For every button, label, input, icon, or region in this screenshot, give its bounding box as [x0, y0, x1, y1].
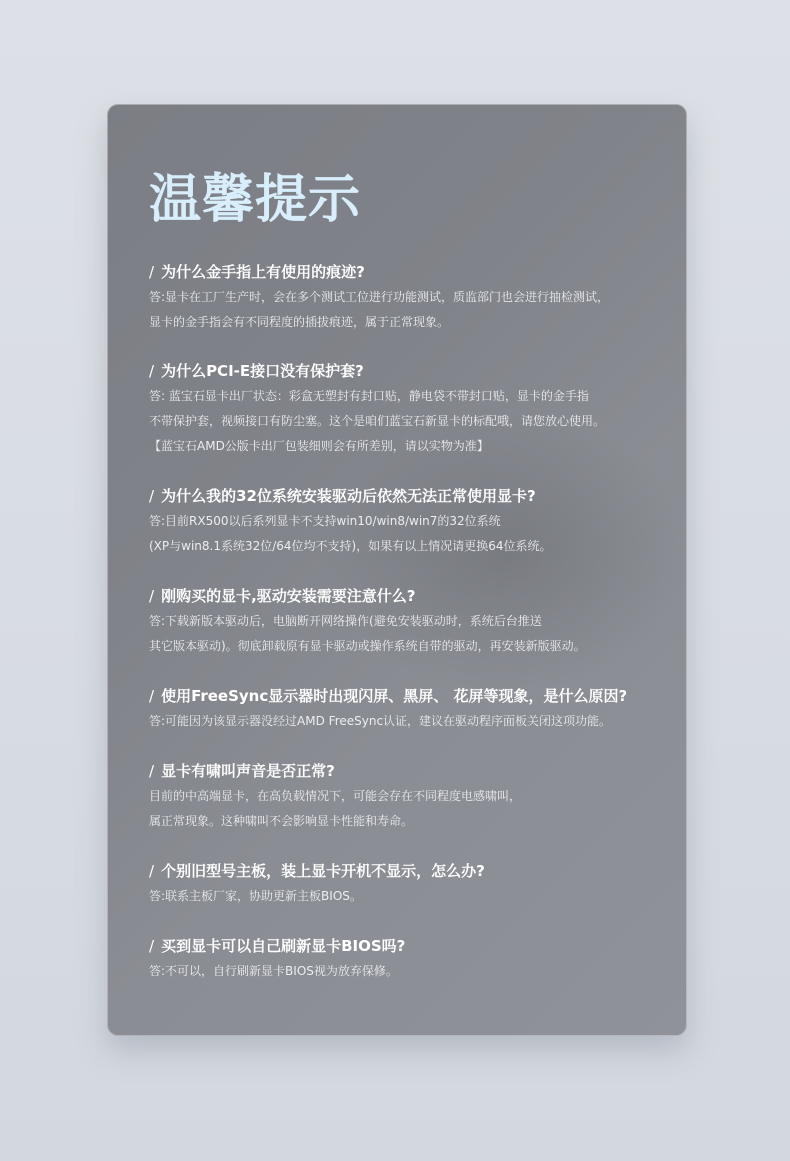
slash-icon: / [149, 937, 154, 955]
faq-answer-line: 不带保护套，视频接口有防尘塞。这个是咱们蓝宝石新显卡的标配哦，请您放心使用。 [149, 409, 669, 434]
faq-question: /为什么金手指上有使用的痕迹? [149, 261, 669, 283]
slash-icon: / [149, 362, 154, 380]
tips-card: 温馨提示 /为什么金手指上有使用的痕迹? 答:显卡在工厂生产时，会在多个测试工位… [107, 104, 687, 1036]
faq-answer-line: 答:可能因为该显示器没经过AMD FreeSync认证，建议在驱动程序面板关闭这… [149, 709, 669, 734]
faq-item-1: /为什么金手指上有使用的痕迹? 答:显卡在工厂生产时，会在多个测试工位进行功能测… [149, 261, 669, 335]
slash-icon: / [149, 762, 154, 780]
faq-item-8: /买到显卡可以自己刷新显卡BIOS吗? 答:不可以，自行刷新显卡BIOS视为放弃… [149, 935, 669, 984]
faq-answer-line: 属正常现象。这种啸叫不会影响显卡性能和寿命。 [149, 809, 669, 834]
faq-question: /刚购买的显卡,驱动安装需要注意什么? [149, 585, 669, 607]
faq-answer-line: 答:联系主板厂家，协助更新主板BIOS。 [149, 884, 669, 909]
slash-icon: / [149, 687, 154, 705]
slash-icon: / [149, 587, 154, 605]
faq-question: /个别旧型号主板，装上显卡开机不显示，怎么办? [149, 860, 669, 882]
slash-icon: / [149, 263, 154, 281]
faq-answer-line: 其它版本驱动)。彻底卸载原有显卡驱动或操作系统自带的驱动，再安装新版驱动。 [149, 634, 669, 659]
faq-answer-line: 答:显卡在工厂生产时，会在多个测试工位进行功能测试，质监部门也会进行抽检测试， [149, 285, 669, 310]
faq-item-5: /使用FreeSync显示器时出现闪屏、黑屏、 花屏等现象，是什么原因? 答:可… [149, 685, 669, 734]
slash-icon: / [149, 862, 154, 880]
page-title: 温馨提示 [149, 168, 361, 232]
faq-answer-line: 答:下载新版本驱动后，电脑断开网络操作(避免安装驱动时，系统后台推送 [149, 609, 669, 634]
faq-question: /为什么我的32位系统安装驱动后依然无法正常使用显卡? [149, 485, 669, 507]
faq-answer-line: 答: 蓝宝石显卡出厂状态：彩盒无塑封有封口贴，静电袋不带封口贴，显卡的金手指 [149, 384, 669, 409]
faq-question: /为什么PCI-E接口没有保护套? [149, 360, 669, 382]
faq-item-2: /为什么PCI-E接口没有保护套? 答: 蓝宝石显卡出厂状态：彩盒无塑封有封口贴… [149, 360, 669, 459]
faq-answer-line: 答:不可以，自行刷新显卡BIOS视为放弃保修。 [149, 959, 669, 984]
faq-item-7: /个别旧型号主板，装上显卡开机不显示，怎么办? 答:联系主板厂家，协助更新主板B… [149, 860, 669, 909]
faq-question: /显卡有啸叫声音是否正常? [149, 760, 669, 782]
faq-answer-line: 目前的中高端显卡，在高负载情况下，可能会存在不同程度电感啸叫， [149, 784, 669, 809]
faq-item-3: /为什么我的32位系统安装驱动后依然无法正常使用显卡? 答:目前RX500以后系… [149, 485, 669, 559]
slash-icon: / [149, 487, 154, 505]
faq-question: /使用FreeSync显示器时出现闪屏、黑屏、 花屏等现象，是什么原因? [149, 685, 669, 707]
faq-answer-line: 答:目前RX500以后系列显卡不支持win10/win8/win7的32位系统 [149, 509, 669, 534]
faq-question: /买到显卡可以自己刷新显卡BIOS吗? [149, 935, 669, 957]
faq-answer-line: 【蓝宝石AMD公版卡出厂包装细则会有所差别，请以实物为准】 [149, 434, 669, 459]
faq-answer-line: (XP与win8.1系统32位/64位均不支持)，如果有以上情况请更换64位系统… [149, 534, 669, 559]
faq-answer-line: 显卡的金手指会有不同程度的插拔痕迹，属于正常现象。 [149, 310, 669, 335]
faq-item-6: /显卡有啸叫声音是否正常? 目前的中高端显卡，在高负载情况下，可能会存在不同程度… [149, 760, 669, 834]
faq-item-4: /刚购买的显卡,驱动安装需要注意什么? 答:下载新版本驱动后，电脑断开网络操作(… [149, 585, 669, 659]
